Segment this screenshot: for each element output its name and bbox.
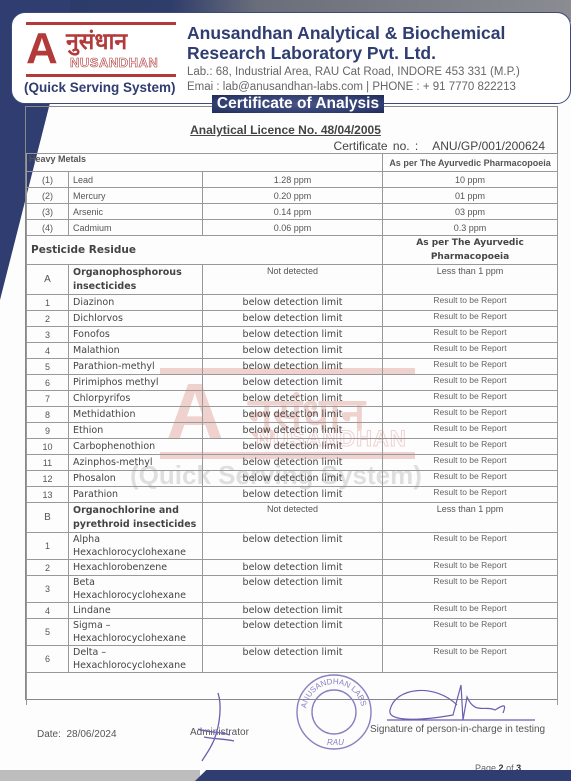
row-index: 9: [27, 423, 69, 439]
pesticide-result: below detection limit: [203, 407, 383, 423]
logo-english-name: NUSANDHAN: [70, 55, 158, 71]
row-index: 11: [27, 455, 69, 471]
pesticide-result: below detection limit: [203, 295, 383, 311]
table-row: 12Phosalonbelow detection limitResult to…: [27, 471, 558, 487]
row-index: 4: [27, 343, 69, 359]
pesticide-name: Alpha Hexachlorocyclohexane: [69, 533, 203, 560]
table-row: (1)Lead1.28 ppm10 ppm: [27, 172, 558, 188]
document-title: Certificate of Analysis: [212, 95, 384, 113]
row-index: 2: [27, 311, 69, 327]
company-name-line2: Research Laboratory Pvt. Ltd.: [187, 43, 520, 63]
group-name: Organochlorine and pyrethroid insecticid…: [69, 503, 203, 533]
table-row: 5Sigma – Hexachlorocyclohexanebelow dete…: [27, 619, 558, 646]
pesticide-result: below detection limit: [203, 533, 383, 560]
metal-limit: 10 ppm: [383, 172, 558, 188]
pesticide-result: below detection limit: [203, 439, 383, 455]
group-limit: Less than 1 ppm: [383, 503, 558, 533]
pesticide-name: Chlorpyrifos: [69, 391, 203, 407]
table-row: 7Chlorpyrifosbelow detection limitResult…: [27, 391, 558, 407]
row-index: 3: [27, 327, 69, 343]
table-row: 13Parathionbelow detection limitResult t…: [27, 487, 558, 503]
row-index: 13: [27, 487, 69, 503]
pesticide-name: Carbophenothion: [69, 439, 203, 455]
table-row: 6Delta – Hexachlorocyclohexanebelow dete…: [27, 646, 558, 673]
pesticide-name: Fonofos: [69, 327, 203, 343]
logo-hindi-name: नुसंधान: [66, 28, 127, 54]
administrator-signature-icon: [190, 685, 250, 765]
pesticide-result: below detection limit: [203, 359, 383, 375]
certificate-label: Certificate no. :: [334, 139, 419, 153]
metal-result: 0.06 ppm: [203, 220, 383, 236]
group-index: B: [27, 503, 69, 533]
pesticide-result: below detection limit: [203, 327, 383, 343]
table-row: 10Carbophenothionbelow detection limitRe…: [27, 439, 558, 455]
pesticide-limit: Result to be Report: [383, 391, 558, 407]
pesticide-name: Lindane: [69, 603, 203, 619]
footer-blue-band: [195, 770, 571, 781]
pesticide-limit: Result to be Report: [383, 603, 558, 619]
pesticide-name: Hexachlorobenzene: [69, 560, 203, 576]
row-index: 6: [27, 375, 69, 391]
metal-limit: 01 ppm: [383, 188, 558, 204]
table-row: (4)Cadmium0.06 ppm0.3 ppm: [27, 220, 558, 236]
pesticide-residue-title: Pesticide Residue: [27, 236, 383, 265]
metal-limit: 03 ppm: [383, 204, 558, 220]
row-index: 4: [27, 603, 69, 619]
pesticide-limit: Result to be Report: [383, 533, 558, 560]
table-row: 3Beta Hexachlorocyclohexanebelow detecti…: [27, 576, 558, 603]
company-logo: A नुसंधान NUSANDHAN (Quick Serving Syste…: [18, 22, 174, 98]
pesticide-limit: Result to be Report: [383, 327, 558, 343]
pesticide-limit: Result to be Report: [383, 375, 558, 391]
pesticide-result: below detection limit: [203, 391, 383, 407]
pesticide-result: below detection limit: [203, 455, 383, 471]
pesticide-name: Parathion-methyl: [69, 359, 203, 375]
report-date: Date: 28/06/2024: [37, 729, 117, 740]
metal-result: 0.14 ppm: [203, 204, 383, 220]
group-limit: Less than 1 ppm: [383, 265, 558, 295]
pesticide-limit: Result to be Report: [383, 646, 558, 673]
group-result: Not detected: [203, 503, 383, 533]
table-row: 8Methidathionbelow detection limitResult…: [27, 407, 558, 423]
table-row: 6Pirimiphos methylbelow detection limitR…: [27, 375, 558, 391]
pesticide-limit: Result to be Report: [383, 343, 558, 359]
table-row: (3)Arsenic0.14 ppm03 ppm: [27, 204, 558, 220]
table-row: 4Lindanebelow detection limitResult to b…: [27, 603, 558, 619]
results-table: Heavy MetalsAs per The Ayurvedic Pharmac…: [26, 153, 558, 705]
pesticide-result: below detection limit: [203, 375, 383, 391]
pesticide-limit: Result to be Report: [383, 439, 558, 455]
pesticide-name: Sigma – Hexachlorocyclohexane: [69, 619, 203, 646]
pesticide-limit: Result to be Report: [383, 407, 558, 423]
pesticide-name: Dichlorvos: [69, 311, 203, 327]
table-row: 5Parathion-methylbelow detection limitRe…: [27, 359, 558, 375]
pesticide-limit: Result to be Report: [383, 311, 558, 327]
company-contact: Emai : lab@anusandhan-labs.com | PHONE :…: [187, 80, 520, 95]
pesticide-name: Phosalon: [69, 471, 203, 487]
pesticide-residue-header: Pesticide ResidueAs per The Ayurvedic Ph…: [27, 236, 558, 265]
pesticide-result: below detection limit: [203, 343, 383, 359]
pesticide-standard-header: As per The Ayurvedic Pharmacopoeia: [383, 236, 558, 265]
certificate-value: ANU/GP/001/200624: [432, 139, 545, 153]
pesticide-limit: Result to be Report: [383, 423, 558, 439]
pesticide-limit: Result to be Report: [383, 560, 558, 576]
table-row: 11Azinphos-methylbelow detection limitRe…: [27, 455, 558, 471]
company-name-line1: Anusandhan Analytical & Biochemical: [187, 23, 520, 43]
metal-result: 1.28 ppm: [203, 172, 383, 188]
pesticide-limit: Result to be Report: [383, 471, 558, 487]
group-name: Organophosphorous insecticides: [69, 265, 203, 295]
row-index: 6: [27, 646, 69, 673]
pesticide-result: below detection limit: [203, 576, 383, 603]
pesticide-limit: Result to be Report: [383, 295, 558, 311]
pesticide-name: Methidathion: [69, 407, 203, 423]
row-index: 8: [27, 407, 69, 423]
pesticide-result: below detection limit: [203, 311, 383, 327]
date-value: 28/06/2024: [66, 729, 116, 740]
table-row: 4Malathionbelow detection limitResult to…: [27, 343, 558, 359]
row-index: 2: [27, 560, 69, 576]
row-index: 12: [27, 471, 69, 487]
pesticide-result: below detection limit: [203, 560, 383, 576]
company-info: Anusandhan Analytical & Biochemical Rese…: [187, 23, 520, 95]
pesticide-limit: Result to be Report: [383, 487, 558, 503]
row-index: 3: [27, 576, 69, 603]
heavy-metals-header: Heavy MetalsAs per The Ayurvedic Pharmac…: [27, 154, 558, 172]
row-index: 5: [27, 619, 69, 646]
date-label: Date:: [37, 729, 61, 740]
pesticide-result: below detection limit: [203, 619, 383, 646]
row-index: (2): [27, 188, 69, 204]
pesticide-name: Beta Hexachlorocyclohexane: [69, 576, 203, 603]
row-index: (1): [27, 172, 69, 188]
row-index: 1: [27, 533, 69, 560]
table-row: 2Dichlorvosbelow detection limitResult t…: [27, 311, 558, 327]
metal-name: Arsenic: [69, 204, 203, 220]
pesticide-name: Pirimiphos methyl: [69, 375, 203, 391]
row-index: 5: [27, 359, 69, 375]
licence-number: Analytical Licence No. 48/04/2005: [0, 123, 571, 137]
pesticide-name: Malathion: [69, 343, 203, 359]
table-row: 1Diazinonbelow detection limitResult to …: [27, 295, 558, 311]
heavy-metals-title: Heavy Metals: [27, 154, 383, 172]
pesticide-limit: Result to be Report: [383, 359, 558, 375]
heavy-metals-standard-header: As per The Ayurvedic Pharmacopoeia: [383, 154, 558, 172]
company-address: Lab.: 68, Industrial Area, RAU Cat Road,…: [187, 65, 520, 80]
row-index: 7: [27, 391, 69, 407]
metal-name: Lead: [69, 172, 203, 188]
group-index: A: [27, 265, 69, 295]
pesticide-limit: Result to be Report: [383, 455, 558, 471]
pesticide-name: Azinphos-methyl: [69, 455, 203, 471]
logo-letter: A: [26, 26, 58, 72]
footer-grey-band: [0, 770, 200, 781]
row-index: (4): [27, 220, 69, 236]
pesticide-limit: Result to be Report: [383, 619, 558, 646]
row-index: 10: [27, 439, 69, 455]
certificate-number: Certificate no. :ANU/GP/001/200624: [334, 139, 545, 153]
pesticide-result: below detection limit: [203, 603, 383, 619]
lab-stamp-icon: ANUSANDHAN LABS RAU: [294, 672, 374, 752]
group-result: Not detected: [203, 265, 383, 295]
table-row: 2Hexachlorobenzenebelow detection limitR…: [27, 560, 558, 576]
table-row: 1Alpha Hexachlorocyclohexanebelow detect…: [27, 533, 558, 560]
metal-name: Cadmium: [69, 220, 203, 236]
table-row: (2)Mercury0.20 ppm01 ppm: [27, 188, 558, 204]
metal-result: 0.20 ppm: [203, 188, 383, 204]
pesticide-group-row: BOrganochlorine and pyrethroid insectici…: [27, 503, 558, 533]
logo-bottom-rule: [26, 74, 176, 77]
row-index: (3): [27, 204, 69, 220]
licence-text: Analytical Licence No. 48/04/2005: [190, 123, 381, 137]
signature-label: Signature of person-in-charge in testing: [370, 724, 545, 735]
table-row: 3Fonofosbelow detection limitResult to b…: [27, 327, 558, 343]
pesticide-group-row: AOrganophosphorous insecticidesNot detec…: [27, 265, 558, 295]
pesticide-name: Ethion: [69, 423, 203, 439]
metal-limit: 0.3 ppm: [383, 220, 558, 236]
pesticide-result: below detection limit: [203, 487, 383, 503]
logo-tagline: (Quick Serving System): [24, 80, 176, 95]
row-index: 1: [27, 295, 69, 311]
svg-text:ANUSANDHAN LABS: ANUSANDHAN LABS: [299, 677, 368, 709]
pesticide-result: below detection limit: [203, 471, 383, 487]
person-in-charge-signature-icon: [385, 675, 545, 725]
pesticide-result: below detection limit: [203, 646, 383, 673]
table-row: 9Ethionbelow detection limitResult to be…: [27, 423, 558, 439]
pesticide-name: Delta – Hexachlorocyclohexane: [69, 646, 203, 673]
pesticide-result: below detection limit: [203, 423, 383, 439]
pesticide-name: Diazinon: [69, 295, 203, 311]
svg-text:RAU: RAU: [327, 738, 344, 747]
pesticide-limit: Result to be Report: [383, 576, 558, 603]
metal-name: Mercury: [69, 188, 203, 204]
pesticide-name: Parathion: [69, 487, 203, 503]
